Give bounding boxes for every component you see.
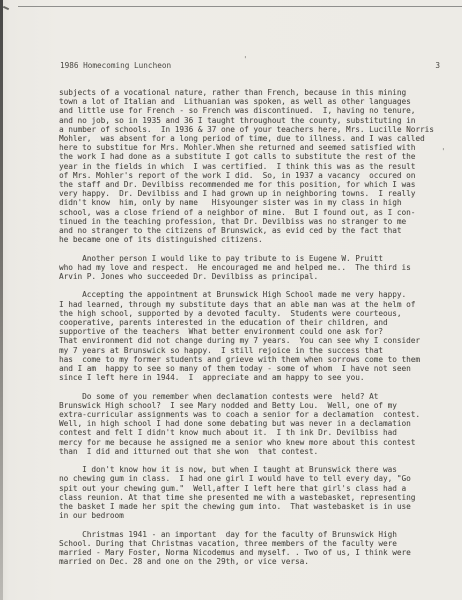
text-line: School. During that Christmas vacation, … xyxy=(59,539,455,548)
text-line: mercy for me because he assigned me a se… xyxy=(59,438,455,447)
text-line: has come to my former students and griev… xyxy=(59,355,455,364)
text-line: cooperative, parents interested in the e… xyxy=(59,318,455,327)
text-line: the high school, supported by a devoted … xyxy=(59,309,455,318)
text-line: the work I had done as a substitute I go… xyxy=(59,152,455,161)
text-line: of Mrs. Mohler's report of the work I di… xyxy=(59,171,455,180)
paragraph: subjects of a vocational nature, rather … xyxy=(59,88,455,244)
text-line: I don't know how it is now, but when I t… xyxy=(59,465,455,474)
text-line: contest and felt I didn't know much abou… xyxy=(59,428,455,437)
page-title: 1986 Homecoming Luncheon xyxy=(60,61,171,70)
scan-corner-mark xyxy=(3,6,9,10)
text-line: since I left here in 1944. I appreciate … xyxy=(59,373,455,382)
text-line: a number of schools. In 1936 & 37 one of… xyxy=(59,125,455,134)
text-line: subjects of a vocational nature, rather … xyxy=(59,88,455,97)
text-line: town a lot of Italian and Lithuanian was… xyxy=(59,97,455,106)
text-line: in our bedroom xyxy=(59,511,455,520)
text-line: here to substitue for Mrs. Mohler.When s… xyxy=(59,143,455,152)
text-line: and no job, so in 1935 and 36 I taught t… xyxy=(59,116,455,125)
text-line: and no stranger to the citizens of Bruns… xyxy=(59,226,455,235)
text-line: Well, in high school I had done some deb… xyxy=(59,419,455,428)
text-line: year in the fields in which I was certif… xyxy=(59,162,455,171)
scan-left-edge xyxy=(0,0,3,600)
scanned-page: 1986 Homecoming Luncheon 3 ' ' subjects … xyxy=(0,0,462,600)
text-line: very happy. Dr. Devilbiss and I had grow… xyxy=(59,189,455,198)
paragraph: I don't know how it is now, but when I t… xyxy=(59,465,455,520)
paragraph: Christmas 1941 - an important day for th… xyxy=(59,530,455,567)
text-line: I had learned, through my substitute day… xyxy=(59,300,455,309)
text-line: That environment did not change during m… xyxy=(59,336,455,345)
text-line: Another person I would like to pay tribu… xyxy=(59,254,455,263)
page-number: 3 xyxy=(435,61,440,70)
text-line: tinued in the teaching profession, that … xyxy=(59,217,455,226)
scan-speck: ' xyxy=(243,56,248,64)
text-line: and I am happy to see so many of them to… xyxy=(59,364,455,373)
text-line: Mohler, was absent for a long period of … xyxy=(59,134,455,143)
text-line: school, was a close friend of a neighbor… xyxy=(59,208,455,217)
paragraph: Another person I would like to pay tribu… xyxy=(59,254,455,282)
document-body: subjects of a vocational nature, rather … xyxy=(59,88,455,576)
text-line: and little use for French - so French wa… xyxy=(59,106,455,115)
text-line: Christmas 1941 - an important day for th… xyxy=(59,530,455,539)
text-line: Accepting the appointment at Brunswick H… xyxy=(59,290,455,299)
text-line: Arvin P. Jones who succeeded Dr. Devilbi… xyxy=(59,272,455,281)
text-line: than I did and itturned out that she won… xyxy=(59,447,455,456)
text-line: he became one of its distinguished citiz… xyxy=(59,235,455,244)
text-line: didn't know him, only by name Hisyounger… xyxy=(59,198,455,207)
text-line: the staff and Dr. Devilbiss recommended … xyxy=(59,180,455,189)
text-line: Do some of you remember when declamation… xyxy=(59,392,455,401)
text-line: extra-curricular assignments was to coac… xyxy=(59,410,455,419)
paragraph: Accepting the appointment at Brunswick H… xyxy=(59,290,455,382)
paragraph: Do some of you remember when declamation… xyxy=(59,392,455,456)
text-line: spit out your chewing gum." Well,after I… xyxy=(59,484,455,493)
text-line: my 7 years at Brunswick so happy. I stil… xyxy=(59,346,455,355)
text-line: married - Mary Foster, Norma Nicodemus a… xyxy=(59,548,455,557)
text-line: class reunion. At that time she presente… xyxy=(59,493,455,502)
text-line: no chewing gum in class. I had one girl … xyxy=(59,474,455,483)
text-line: the basket I made her spit the chewing g… xyxy=(59,502,455,511)
text-line: supportive of the teachers What better e… xyxy=(59,327,455,336)
page-header: 1986 Homecoming Luncheon 3 xyxy=(60,61,440,70)
text-line: who had my love and respect. He encourag… xyxy=(59,263,455,272)
text-line: married on Dec. 28 and one on the 29th, … xyxy=(59,557,455,566)
text-line: Brunswick High school? I see Mary nodded… xyxy=(59,401,455,410)
scan-top-edge-line xyxy=(18,6,462,7)
